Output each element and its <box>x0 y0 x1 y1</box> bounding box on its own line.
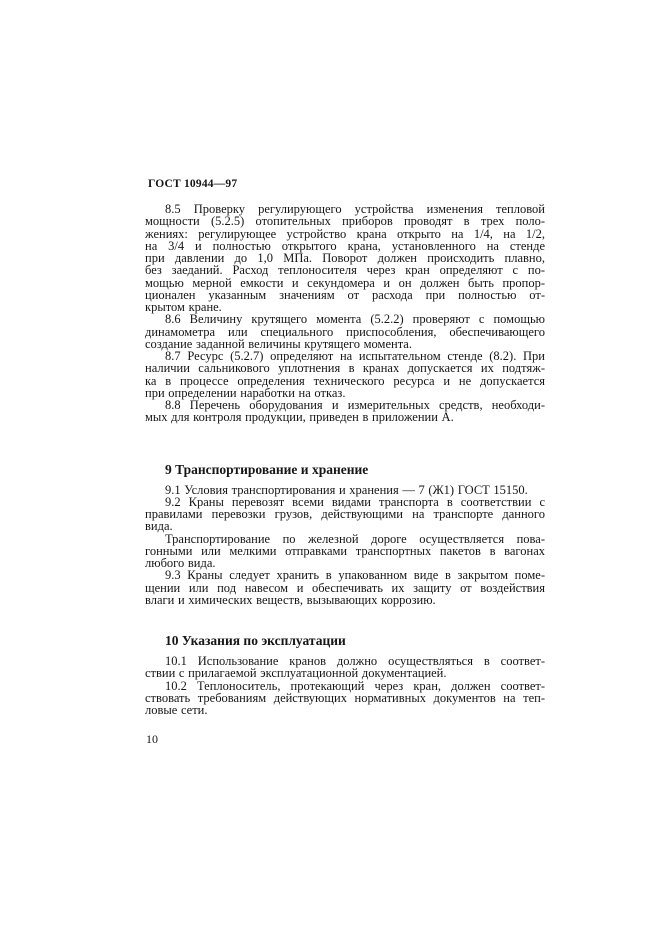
text-line: ствии с прилагаемой эксплуатационной док… <box>145 667 545 679</box>
paragraph-9-1: 9.1 Условия транспортирования и хранения… <box>145 484 545 496</box>
paragraph-9-2-continued: Транспортирование по железной дороге осу… <box>145 533 545 570</box>
text-line: мощности (5.2.5) отопительных приборов п… <box>145 215 545 227</box>
text-line: мых для контроля продукции, приведен в п… <box>145 411 545 423</box>
text-line: вида. <box>145 520 545 532</box>
text-line: ловые сети. <box>145 704 545 716</box>
text-line: правилами перевозки грузов, действующими… <box>145 508 545 520</box>
text-line: Транспортирование по железной дороге осу… <box>145 533 545 545</box>
text-line: щении или под навесом и обеспечивать их … <box>145 582 545 594</box>
text-block: 8.5 Проверку регулирующего устройства из… <box>145 203 545 716</box>
document-page: ГОСТ 10944—97 8.5 Проверку регулирующего… <box>0 0 661 935</box>
text-line: 10.2 Теплоноситель, протекающий через кр… <box>145 680 545 692</box>
text-line: 8.6 Величину крутящего момента (5.2.2) п… <box>145 313 545 325</box>
section-heading-10: 10 Указания по эксплуатации <box>145 633 545 649</box>
text-line: без заеданий. Расход теплоносителя через… <box>145 264 545 276</box>
text-line: 9.1 Условия транспортирования и хранения… <box>145 484 545 496</box>
paragraph-9-2: 9.2 Краны перевозят всеми видами транспо… <box>145 496 545 533</box>
paragraph-8-8: 8.8 Перечень оборудования и измерительны… <box>145 399 545 424</box>
page-number: 10 <box>146 732 158 747</box>
paragraph-10-1: 10.1 Использование кранов должно осущест… <box>145 655 545 680</box>
paragraph-8-6: 8.6 Величину крутящего момента (5.2.2) п… <box>145 313 545 350</box>
text-line: 9.3 Краны следует хранить в упакованном … <box>145 569 545 581</box>
section-heading-9: 9 Транспортирование и хранение <box>145 462 545 478</box>
text-line: влаги и химических веществ, вызывающих к… <box>145 594 545 606</box>
paragraph-8-7: 8.7 Ресурс (5.2.7) определяют на испытат… <box>145 350 545 399</box>
text-line: ка в процессе определения технического р… <box>145 375 545 387</box>
paragraph-9-3: 9.3 Краны следует хранить в упакованном … <box>145 569 545 606</box>
paragraph-8-5: 8.5 Проверку регулирующего устройства из… <box>145 203 545 313</box>
text-line: динамометра или специального приспособле… <box>145 326 545 338</box>
text-line: жениях: регулирующее устройство крана от… <box>145 228 545 240</box>
paragraph-10-2: 10.2 Теплоноситель, протекающий через кр… <box>145 680 545 717</box>
text-line: мощью мерной емкости и секундомера и он … <box>145 277 545 289</box>
text-line: наличии сальникового уплотнения в кранах… <box>145 362 545 374</box>
document-code-header: ГОСТ 10944—97 <box>148 178 237 190</box>
